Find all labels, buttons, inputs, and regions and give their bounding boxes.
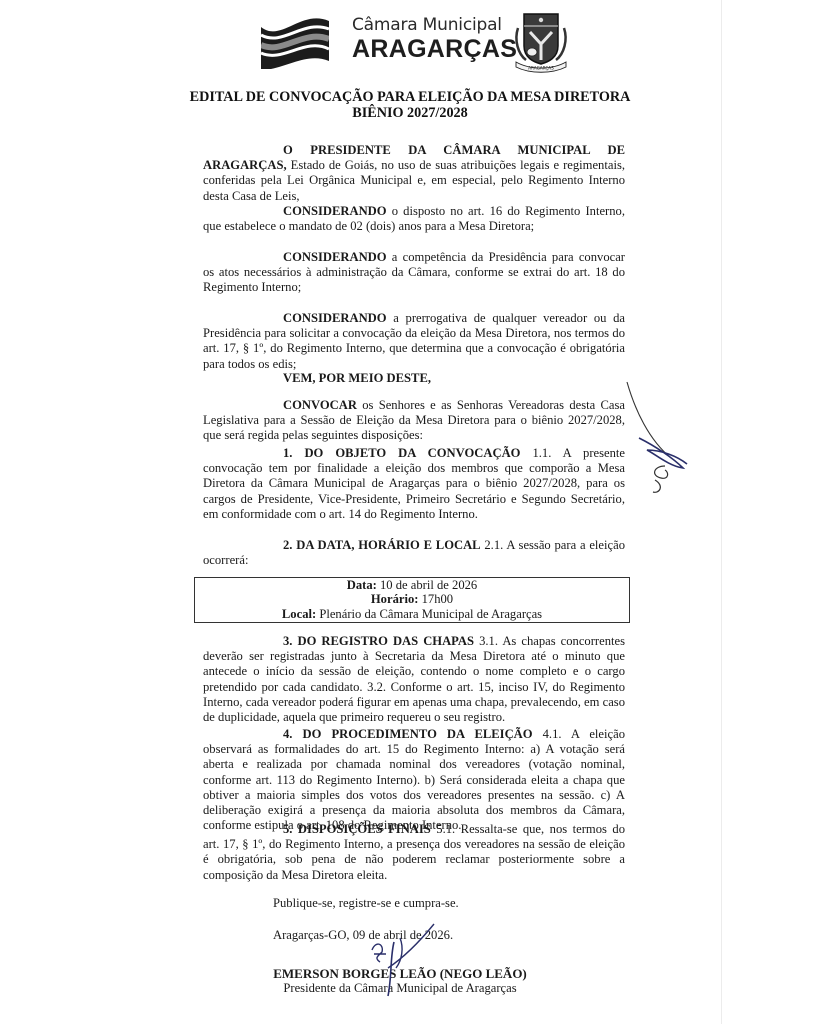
signer-role: Presidente da Câmara Municipal de Aragar… xyxy=(250,981,550,996)
section-heading: 3. DO REGISTRO DAS CHAPAS xyxy=(283,634,474,648)
section-4-procedimento: 4. DO PROCEDIMENTO DA ELEIÇÃO 4.1. A ele… xyxy=(203,727,625,833)
section-2-data-horario-local: 2. DA DATA, HORÁRIO E LOCAL 2.1. A sessã… xyxy=(203,538,625,568)
session-time: Horário: 17h00 xyxy=(195,592,629,606)
session-date: Data: 10 de abril de 2026 xyxy=(195,578,629,592)
page-edge xyxy=(721,0,722,1024)
margin-initials-icon xyxy=(625,380,705,505)
letterhead: Câmara Municipal ARAGARÇAS ARAGARÇAS xyxy=(258,10,588,72)
considerando-3: CONSIDERANDO a prerrogativa de qualquer … xyxy=(203,311,625,372)
section-heading: 1. DO OBJETO DA CONVOCAÇÃO xyxy=(283,446,520,460)
section-1-objeto: 1. DO OBJETO DA CONVOCAÇÃO 1.1. A presen… xyxy=(203,446,625,522)
session-details-box: Data: 10 de abril de 2026 Horário: 17h00… xyxy=(194,577,630,623)
considerando-1: CONSIDERANDO o disposto no art. 16 do Re… xyxy=(203,204,625,234)
convocar-paragraph: CONVOCAR os Senhores e as Senhoras Verea… xyxy=(203,398,625,444)
section-heading: 5. DISPOSIÇÕES FINAIS xyxy=(283,822,431,836)
vem-por-meio-deste: VEM, POR MEIO DESTE, xyxy=(203,371,625,386)
publish-statement: Publique-se, registre-se e cumpra-se. xyxy=(273,896,459,911)
section-heading: 4. DO PROCEDIMENTO DA ELEIÇÃO xyxy=(283,727,533,741)
brand-name: Câmara Municipal ARAGARÇAS xyxy=(352,14,512,62)
title-line-2: BIÊNIO 2027/2028 xyxy=(170,105,650,121)
section-3-registro-chapas: 3. DO REGISTRO DAS CHAPAS 3.1. As chapas… xyxy=(203,634,625,725)
brand-top: Câmara Municipal xyxy=(352,14,512,36)
section-heading: 2. DA DATA, HORÁRIO E LOCAL xyxy=(283,538,481,552)
brand-bottom: ARAGARÇAS xyxy=(352,36,512,62)
municipal-coat-of-arms-icon: ARAGARÇAS xyxy=(508,10,574,74)
preamble: O PRESIDENTE DA CÂMARA MUNICIPAL DE ARAG… xyxy=(203,143,625,204)
wave-stripes-logo-icon xyxy=(261,13,329,69)
considerando-2: CONSIDERANDO a competência da Presidênci… xyxy=(203,250,625,296)
section-5-disposicoes-finais: 5. DISPOSIÇÕES FINAIS 5.1. Ressalta-se q… xyxy=(203,822,625,883)
svg-text:ARAGARÇAS: ARAGARÇAS xyxy=(528,66,554,71)
session-place: Local: Plenário da Câmara Municipal de A… xyxy=(195,607,629,621)
document-title: EDITAL DE CONVOCAÇÃO PARA ELEIÇÃO DA MES… xyxy=(170,89,650,121)
signer-name: EMERSON BORGES LEÃO (NEGO LEÃO) xyxy=(250,966,550,981)
signature-block: EMERSON BORGES LEÃO (NEGO LEÃO) Presiden… xyxy=(250,966,550,996)
title-line-1: EDITAL DE CONVOCAÇÃO PARA ELEIÇÃO DA MES… xyxy=(170,89,650,105)
place-and-date: Aragarças-GO, 09 de abril de 2026. xyxy=(273,928,453,943)
